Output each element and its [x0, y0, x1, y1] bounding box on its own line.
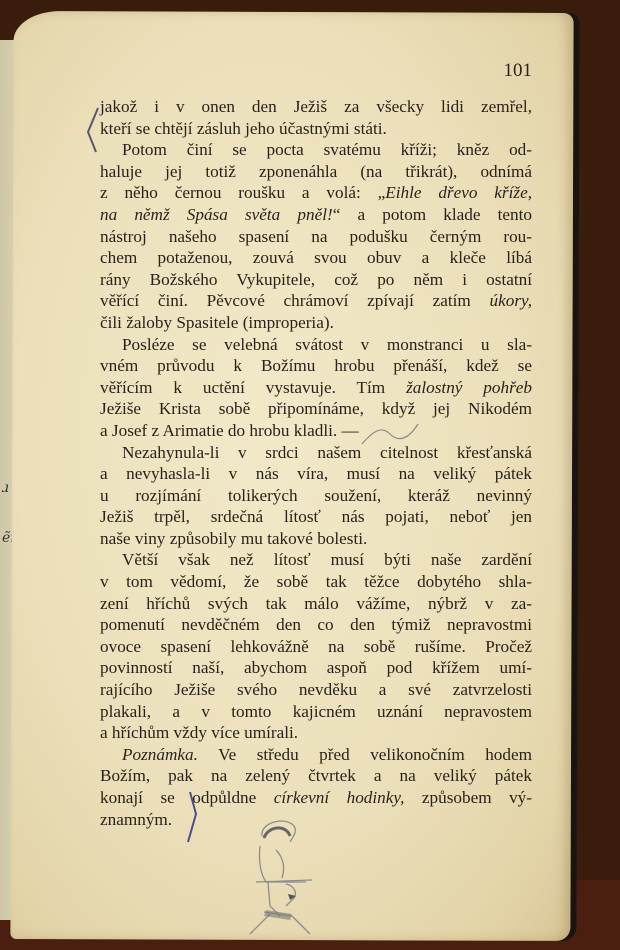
- text-line: a hříchům vždy více umírali.: [100, 722, 532, 744]
- text-line: vném průvodu k Božímu hrobu přenáší, kde…: [100, 355, 532, 377]
- text-line: naše viny způsobily mu takové bolesti.: [100, 528, 532, 550]
- text-line: chem potaženou, zouvá svou obuv a kleče …: [100, 247, 532, 269]
- text-line: kteří se chtějí zásluh jeho účastnými st…: [100, 118, 532, 140]
- text-line: ovoce spasení lehkovážně na sobě rušíme.…: [100, 636, 532, 658]
- text-line: na němž Spása světa pněl!“ a potom klade…: [100, 204, 532, 226]
- text-line: Ježiše Krista sobě připomínáme, když jej…: [100, 398, 532, 420]
- text-line: zení hříchů svých tak málo vážíme, nýbrž…: [100, 593, 532, 615]
- pencil-scrawl-icon: [360, 420, 420, 450]
- text-line: Posléze se velebná svátost v monstranci …: [100, 334, 532, 356]
- text-line: povinností naší, abychom aspoň pod kříže…: [100, 657, 532, 679]
- text-line: a Josef z Arimatie do hrobu kladli. —: [100, 420, 532, 442]
- page-number: 101: [504, 60, 533, 82]
- note-line: Poznámka. Ve středu před velikonočním ho…: [100, 744, 532, 766]
- note-line: konají se odpůldne církevní hodinky, způ…: [100, 787, 532, 809]
- text-line: nástroj našeho spasení na podušku černým…: [100, 226, 532, 248]
- text-line: věřící činí. Pěvcové chrámoví zpívají za…: [100, 290, 532, 312]
- text-line: čili žaloby Spasitele (improperia).: [100, 312, 532, 334]
- pencil-bracket-close-icon: [186, 790, 206, 846]
- text-line: věřícím k uctění vystavuje. Tím žalostný…: [100, 377, 532, 399]
- text-line: v tom vědomí, že sobě tak těžce dobytého…: [100, 571, 532, 593]
- pencil-bracket-open-icon: [84, 106, 104, 156]
- text-line: Potom činí se pocta svatému kříži; kněz …: [100, 139, 532, 161]
- text-line: Ježiš trpěl, srdečná lítosť nás pojati, …: [100, 506, 532, 528]
- page-text: jakož i v onen den Ježiš za všecky lidi …: [100, 96, 532, 830]
- text-line: u rozjímání tolikerých soužení, kteráž n…: [100, 485, 532, 507]
- note-line: Božím, pak na zelený čtvrtek a na veliký…: [100, 765, 532, 787]
- soldier-doodle-icon: [246, 816, 336, 936]
- text-line: haluje jej totiž zponenáhla (na třikrát)…: [100, 161, 532, 183]
- text-line: Nezahynula-li v srdci našem citelnost kř…: [100, 442, 532, 464]
- pencil-scribble: ɹ: [2, 480, 9, 496]
- text-line: Větší však než lítosť musí býti naše zar…: [100, 549, 532, 571]
- text-line: jakož i v onen den Ježiš za všecky lidi …: [100, 96, 532, 118]
- text-line: rány Božského Vykupitele, což po něm i o…: [100, 269, 532, 291]
- text-line: a nevyhasla-li v nás víra, musí na velik…: [100, 463, 532, 485]
- text-line: pomenutí nevděčném den co den týmiž nepr…: [100, 614, 532, 636]
- text-line: rajícího Ježiše svého nevděku a své zatv…: [100, 679, 532, 701]
- text-line: z něho černou roušku a volá: „Eihle dřev…: [100, 182, 532, 204]
- text-line: plakali, a v tomto kajicném uznání nepra…: [100, 701, 532, 723]
